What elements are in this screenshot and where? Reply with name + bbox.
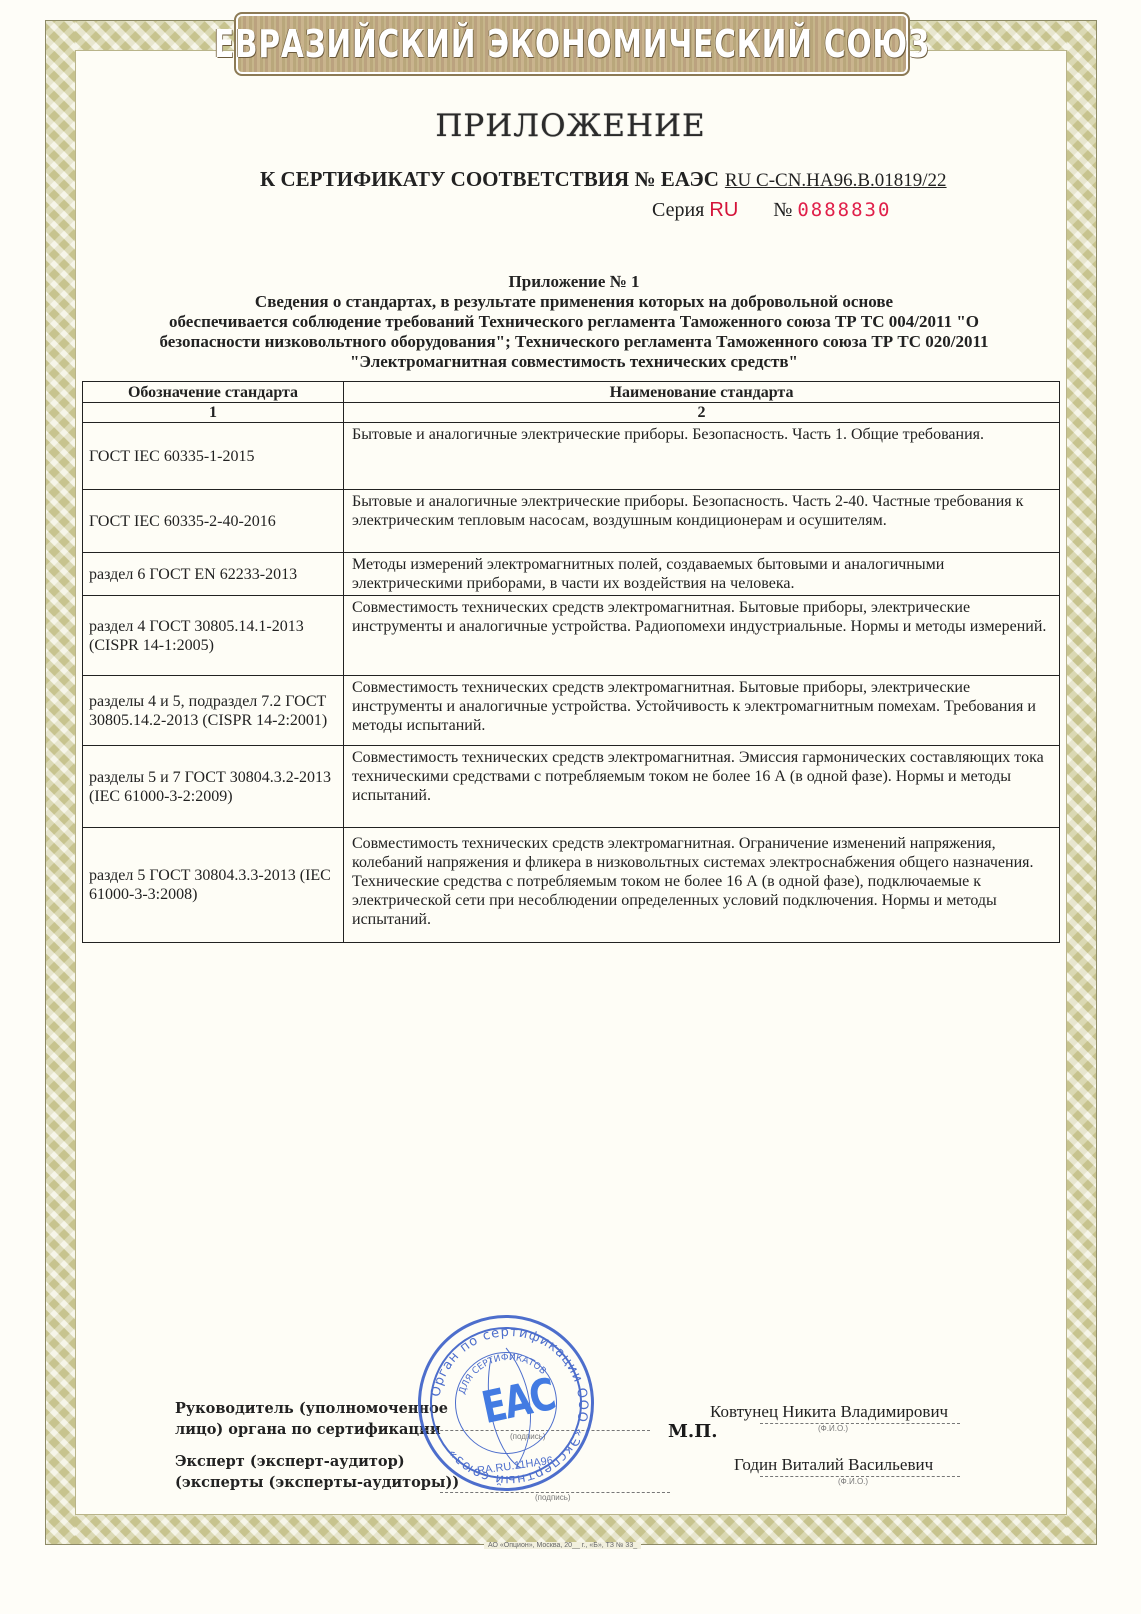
expert-label-line: (эксперты (эксперты-аудиторы)) <box>175 1472 459 1493</box>
standard-name: Совместимость технических средств электр… <box>344 596 1060 676</box>
printer-imprint: АО «Опцион», Москва, 20__ г., «Б», ТЗ № … <box>484 1542 641 1549</box>
column-index: 2 <box>344 403 1060 423</box>
eaeu-banner: ЕВРАЗИЙСКИЙ ЭКОНОМИЧЕСКИЙ СОЮЗ <box>236 14 908 74</box>
standard-code: ГОСТ IEC 60335-1-2015 <box>83 423 344 490</box>
expert-name: Годин Виталий Васильевич <box>734 1455 933 1475</box>
standard-code: ГОСТ IEC 60335-2-40-2016 <box>83 490 344 553</box>
table-row: разделы 5 и 7 ГОСТ 30804.3.2-2013 (IEC 6… <box>83 746 1060 828</box>
table-row: раздел 6 ГОСТ EN 62233-2013 Методы измер… <box>83 553 1060 596</box>
certificate-reference: К СЕРТИФИКАТУ СООТВЕТСТВИЯ № ЕАЭСRU C-CN… <box>260 167 947 192</box>
standard-name: Совместимость технических средств электр… <box>344 746 1060 828</box>
fio-caption: (Ф.И.О.) <box>818 1424 848 1433</box>
appendix-heading-block: Приложение № 1 Сведения о стандартах, в … <box>84 272 1064 372</box>
certification-body-stamp: Орган по сертификации ООО «Экспертный со… <box>418 1315 594 1491</box>
standard-code: разделы 4 и 5, подраздел 7.2 ГОСТ 30805.… <box>83 676 344 746</box>
table-row: раздел 5 ГОСТ 30804.3.3-2013 (IEC 61000-… <box>83 828 1060 943</box>
table-index-row: 1 2 <box>83 403 1060 423</box>
series-label: Серия <box>652 199 704 221</box>
number-label: № <box>773 199 792 221</box>
column-header-name: Наименование стандарта <box>344 382 1060 403</box>
fio-caption: (Ф.И.О.) <box>838 1477 868 1486</box>
page-title: ПРИЛОЖЕНИЕ <box>0 108 1141 144</box>
table-row: разделы 4 и 5, подраздел 7.2 ГОСТ 30805.… <box>83 676 1060 746</box>
certificate-number: RU C-CN.HA96.B.01819/22 <box>725 170 947 191</box>
standards-table: Обозначение стандарта Наименование станд… <box>82 381 1060 943</box>
standard-name: Совместимость технических средств электр… <box>344 828 1060 943</box>
head-fio-line <box>760 1423 960 1424</box>
expert-label-line: Эксперт (эксперт-аудитор) <box>175 1451 459 1472</box>
series-line: Серия RU № 0888830 <box>652 199 891 222</box>
standard-code: разделы 5 и 7 ГОСТ 30804.3.2-2013 (IEC 6… <box>83 746 344 828</box>
appendix-line: Сведения о стандартах, в результате прим… <box>84 292 1064 312</box>
table-row: ГОСТ IEC 60335-2-40-2016 Бытовые и анало… <box>83 490 1060 553</box>
series-value: RU <box>709 199 738 221</box>
standard-code: раздел 4 ГОСТ 30805.14.1-2013 (CISPR 14-… <box>83 596 344 676</box>
standard-name: Совместимость технических средств электр… <box>344 676 1060 746</box>
head-label-line: Руководитель (уполномоченное <box>175 1398 448 1419</box>
table-row: ГОСТ IEC 60335-1-2015 Бытовые и аналогич… <box>83 423 1060 490</box>
expert-label: Эксперт (эксперт-аудитор) (эксперты (экс… <box>175 1451 459 1493</box>
head-label-line: лицо) органа по сертификации <box>175 1419 448 1440</box>
signature-caption: (подпись) <box>535 1493 571 1502</box>
head-name: Ковтунец Никита Владимирович <box>710 1402 948 1422</box>
table-header-row: Обозначение стандарта Наименование станд… <box>83 382 1060 403</box>
seal-placeholder: М.П. <box>668 1421 717 1442</box>
standard-name: Бытовые и аналогичные электрические приб… <box>344 490 1060 553</box>
appendix-heading: Приложение № 1 <box>84 272 1064 292</box>
column-header-code: Обозначение стандарта <box>83 382 344 403</box>
banner-text: ЕВРАЗИЙСКИЙ ЭКОНОМИЧЕСКИЙ СОЮЗ <box>214 22 930 66</box>
standard-name: Бытовые и аналогичные электрические приб… <box>344 423 1060 490</box>
certificate-prefix: К СЕРТИФИКАТУ СООТВЕТСТВИЯ № ЕАЭС <box>260 167 719 191</box>
standard-name: Методы измерений электромагнитных полей,… <box>344 553 1060 596</box>
appendix-line: обеспечивается соблюдение требований Тех… <box>84 312 1064 332</box>
head-of-body-label: Руководитель (уполномоченное лицо) орган… <box>175 1398 448 1440</box>
standard-code: раздел 6 ГОСТ EN 62233-2013 <box>83 553 344 596</box>
column-index: 1 <box>83 403 344 423</box>
appendix-line: "Электромагнитная совместимость техничес… <box>84 352 1064 372</box>
appendix-line: безопасности низковольтного оборудования… <box>84 332 1064 352</box>
standard-code: раздел 5 ГОСТ 30804.3.3-2013 (IEC 61000-… <box>83 828 344 943</box>
form-number: 0888830 <box>797 199 891 221</box>
table-row: раздел 4 ГОСТ 30805.14.1-2013 (CISPR 14-… <box>83 596 1060 676</box>
